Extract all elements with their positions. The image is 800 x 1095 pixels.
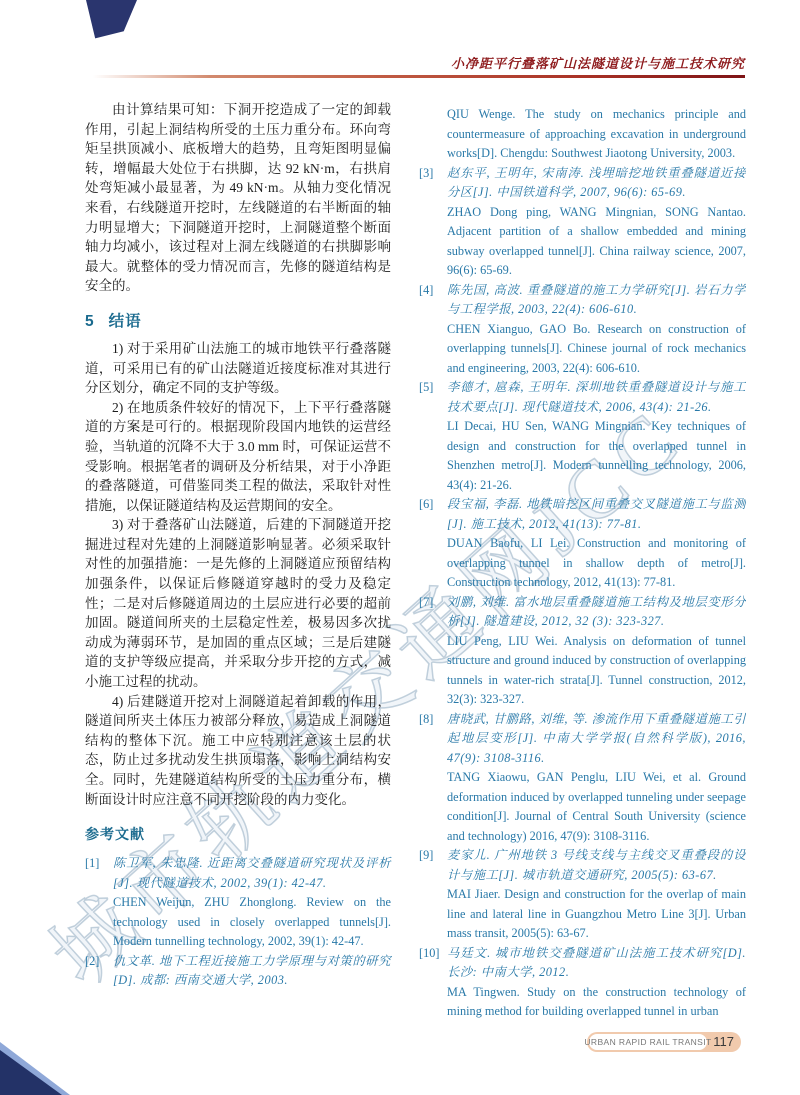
reference-number: [1] (85, 854, 113, 874)
reference-en: DUAN Baofu, LI Lei. Construction and mon… (447, 534, 746, 593)
reference-en: CHEN Weijun, ZHU Zhonglong. Review on th… (113, 893, 391, 952)
reference-item: [8] 唐晓武, 甘鹏路, 刘维, 等. 渗流作用下重叠隧道施工引起地层变形[J… (419, 710, 746, 847)
reference-en: CHEN Xianguo, GAO Bo. Research on constr… (447, 320, 746, 379)
reference-item: [1] 陈卫军, 朱忠隆. 近距离交叠隧道研究现状及评析[J]. 现代隧道技术,… (85, 854, 391, 952)
reference-zh: 陈卫军, 朱忠隆. 近距离交叠隧道研究现状及评析[J]. 现代隧道技术, 200… (113, 854, 391, 893)
reference-zh: 马廷文. 城市地铁交叠隧道矿山法施工技术研究[D]. 长沙: 中南大学, 201… (447, 944, 746, 983)
reference-number: [2] (85, 952, 113, 972)
reference-item: [6] 段宝福, 李磊. 地铁暗挖区间重叠交叉隧道施工与监测[J]. 施工技术,… (419, 495, 746, 593)
reference-number: [9] (419, 846, 447, 866)
footer-journal-pill: URBAN RAPID RAIL TRANSIT (589, 1034, 707, 1050)
reference-zh: 唐晓武, 甘鹏路, 刘维, 等. 渗流作用下重叠隧道施工引起地层变形[J]. 中… (447, 710, 746, 769)
reference-en: QIU Wenge. The study on mechanics princi… (447, 105, 746, 164)
conclusion-point: 1) 对于采用矿山法施工的城市地铁平行叠落隧道，可采用已有的矿山法隧道近接度标准… (85, 339, 391, 398)
reference-item: [10] 马廷文. 城市地铁交叠隧道矿山法施工技术研究[D]. 长沙: 中南大学… (419, 944, 746, 1022)
footer-journal-name: URBAN RAPID RAIL TRANSIT (584, 1037, 711, 1047)
reference-number: [5] (419, 378, 447, 398)
conclusion-point: 3) 对于叠落矿山法隧道，后建的下洞隧道开挖掘进过程对先建的上洞隧道影响显著。必… (85, 515, 391, 691)
section-heading-conclusion: 5结语 (85, 309, 391, 331)
reference-zh: 刘鹏, 刘维. 富水地层重叠隧道施工结构及地层变形分析[J]. 隧道建设, 20… (447, 593, 746, 632)
journal-page: 城市轨道交通网JCC 小净距平行叠落矿山法隧道设计与施工技术研究 由计算结果可知… (0, 0, 800, 1095)
reference-number: [10] (419, 944, 447, 964)
reference-zh: 麦家儿. 广州地铁 3 号线支线与主线交叉重叠段的设计与施工[J]. 城市轨道交… (447, 846, 746, 885)
references-heading: 参考文献 (85, 824, 391, 844)
reference-item: [2] 仇文革. 地下工程近接施工力学原理与对策的研究[D]. 成都: 西南交通… (85, 952, 391, 991)
reference-zh: 李德才, 扈森, 王明年. 深圳地铁重叠隧道设计与施工技术要点[J]. 现代隧道… (447, 378, 746, 417)
reference-number: [3] (419, 164, 447, 184)
reference-item: [5] 李德才, 扈森, 王明年. 深圳地铁重叠隧道设计与施工技术要点[J]. … (419, 378, 746, 495)
reference-item: [3] 赵东平, 王明年, 宋南涛. 浅埋暗挖地铁重叠隧道近接分区[J]. 中国… (419, 164, 746, 281)
reference-number: [8] (419, 710, 447, 730)
reference-number: [7] (419, 593, 447, 613)
page-number: 117 (713, 1034, 734, 1049)
header-rule (93, 75, 745, 78)
right-column: QIU Wenge. The study on mechanics princi… (419, 100, 746, 1052)
reference-en: LI Decai, HU Sen, WANG Mingnian. Key tec… (447, 417, 746, 495)
running-head-title: 小净距平行叠落矿山法隧道设计与施工技术研究 (200, 53, 745, 72)
reference-item-continued: QIU Wenge. The study on mechanics princi… (419, 105, 746, 164)
conclusion-point: 4) 后建隧道开挖对上洞隧道起着卸载的作用，隧道间所夹土体压力被部分释放，易造成… (85, 692, 391, 810)
reference-zh: 段宝福, 李磊. 地铁暗挖区间重叠交叉隧道施工与监测[J]. 施工技术, 201… (447, 495, 746, 534)
reference-item: [9] 麦家儿. 广州地铁 3 号线支线与主线交叉重叠段的设计与施工[J]. 城… (419, 846, 746, 944)
reference-number: [6] (419, 495, 447, 515)
footer-page-badge: URBAN RAPID RAIL TRANSIT 117 (587, 1032, 741, 1052)
reference-en: ZHAO Dong ping, WANG Mingnian, SONG Nant… (447, 203, 746, 281)
reference-en: TANG Xiaowu, GAN Penglu, LIU Wei, et al.… (447, 768, 746, 846)
left-column: 由计算结果可知：下洞开挖造成了一定的卸载作用，引起上洞结构所受的土压力重分布。环… (85, 100, 391, 991)
reference-item: [4] 陈先国, 高波. 重叠隧道的施工力学研究[J]. 岩石力学与工程学报, … (419, 281, 746, 379)
top-left-corner-ribbon (86, 0, 137, 40)
reference-en: MAI Jiaer. Design and construction for t… (447, 885, 746, 944)
section-title: 结语 (109, 313, 142, 330)
reference-zh: 赵东平, 王明年, 宋南涛. 浅埋暗挖地铁重叠隧道近接分区[J]. 中国铁道科学… (447, 164, 746, 203)
reference-item: [7] 刘鹏, 刘维. 富水地层重叠隧道施工结构及地层变形分析[J]. 隧道建设… (419, 593, 746, 710)
body-paragraph: 由计算结果可知：下洞开挖造成了一定的卸载作用，引起上洞结构所受的土压力重分布。环… (85, 100, 391, 296)
reference-zh: 陈先国, 高波. 重叠隧道的施工力学研究[J]. 岩石力学与工程学报, 2003… (447, 281, 746, 320)
reference-en: MA Tingwen. Study on the construction te… (447, 983, 746, 1022)
reference-zh: 仇文革. 地下工程近接施工力学原理与对策的研究[D]. 成都: 西南交通大学, … (113, 952, 391, 991)
reference-en: LIU Peng, LIU Wei. Analysis on deformati… (447, 632, 746, 710)
conclusion-point: 2) 在地质条件较好的情况下，上下平行叠落隧道的方案是可行的。根据现阶段国内地铁… (85, 398, 391, 516)
reference-number: [4] (419, 281, 447, 301)
section-number: 5 (85, 313, 95, 330)
